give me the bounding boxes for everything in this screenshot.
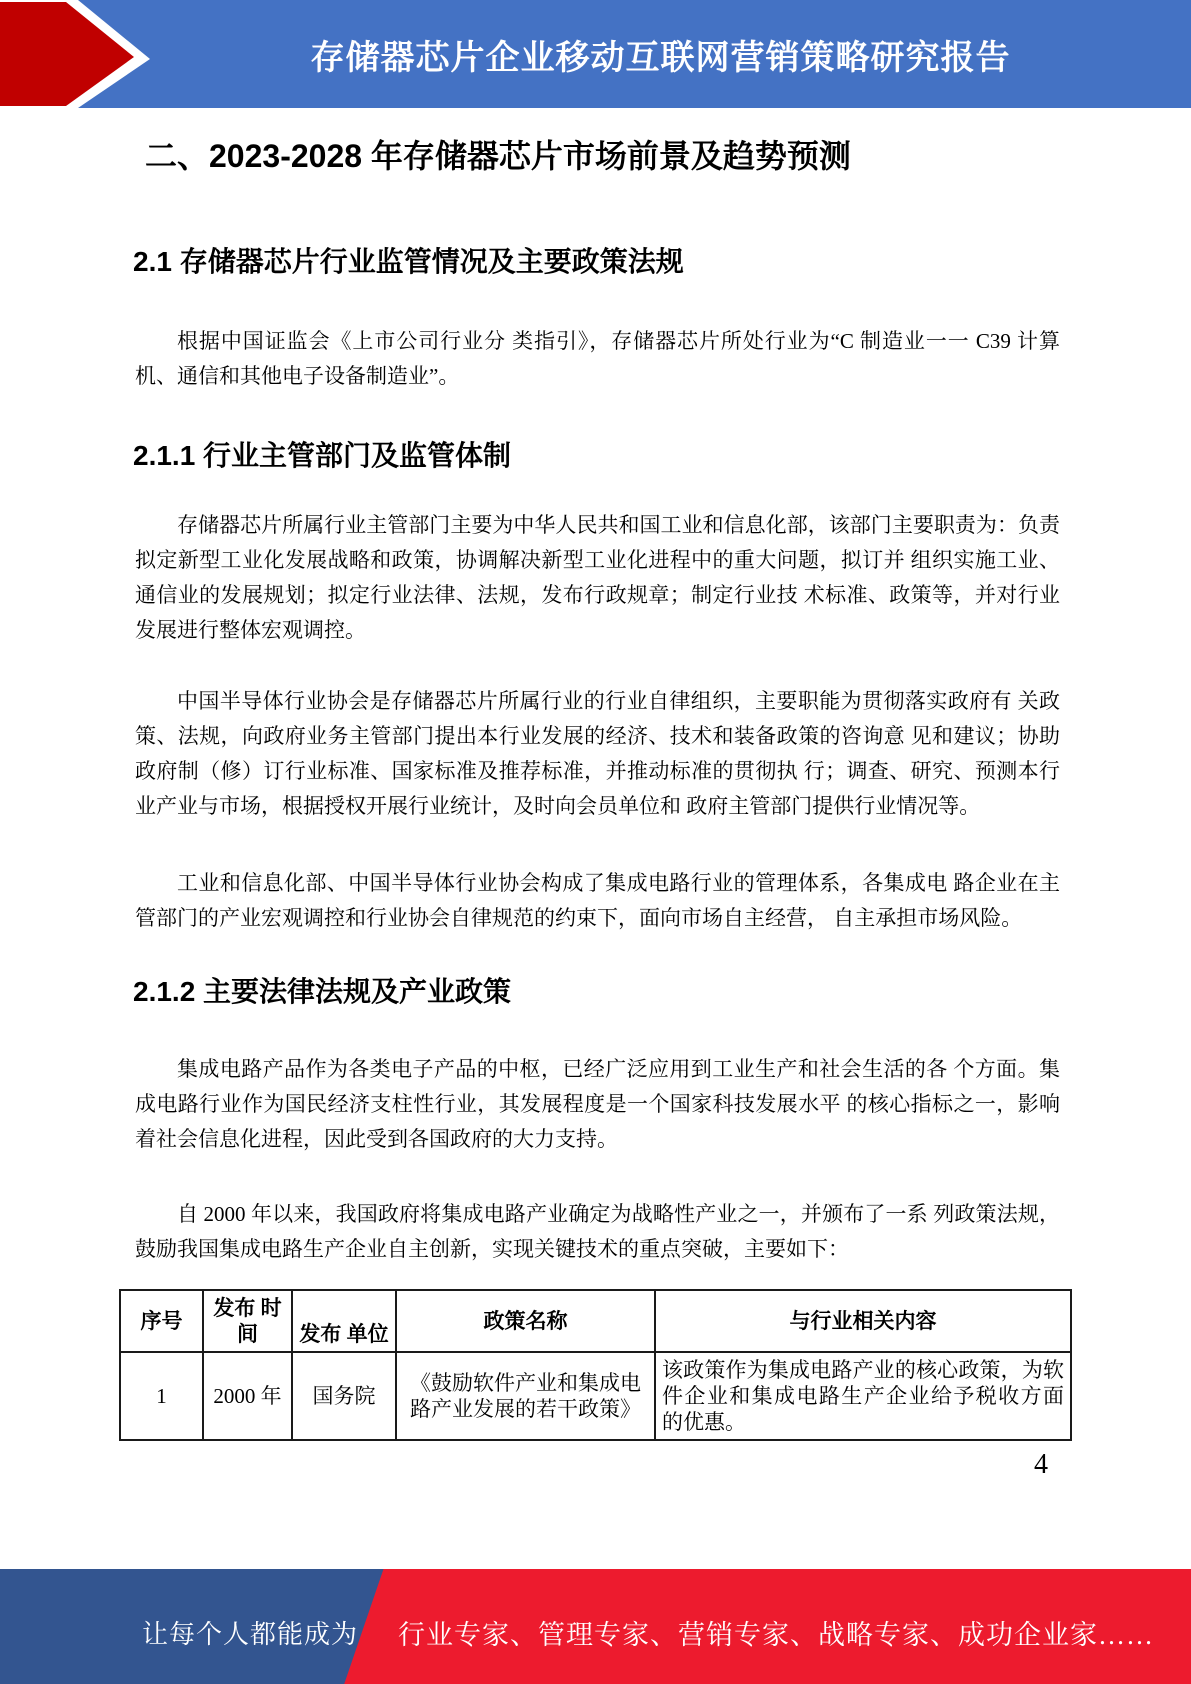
header-banner: 存储器芯片企业移动互联网营销策略研究报告	[0, 0, 1191, 108]
report-title: 存储器芯片企业移动互联网营销策略研究报告	[170, 0, 1151, 108]
paragraph-management-system: 工业和信息化部、中国半导体行业协会构成了集成电路行业的管理体系，各集成电 路企业…	[135, 866, 1060, 936]
cell-index: 1	[120, 1352, 203, 1440]
report-page: 存储器芯片企业移动互联网营销策略研究报告 二、2023-2028 年存储器芯片市…	[0, 0, 1191, 1684]
chapter-heading: 二、2023-2028 年存储器芯片市场前景及趋势预测	[145, 138, 1060, 174]
paragraph-policy-intro: 自 2000 年以来，我国政府将集成电路产业确定为战略性产业之一，并颁布了一系 …	[135, 1197, 1060, 1267]
red-chevron-right-icon	[0, 0, 170, 108]
col-header-related-content: 与行业相关内容	[655, 1290, 1071, 1352]
footer-banner: 让每个人都能成为 行业专家、管理专家、营销专家、战略专家、成功企业家……	[0, 1569, 1191, 1684]
policy-table: 序号 发布 时间 发布 单位 政策名称 与行业相关内容 1 2000 年 国务院…	[119, 1289, 1072, 1441]
cell-publish-date: 2000 年	[203, 1352, 292, 1440]
paragraph-regulator: 存储器芯片所属行业主管部门主要为中华人民共和国工业和信息化部，该部门主要职责为：…	[135, 508, 1060, 648]
col-header-index: 序号	[120, 1290, 203, 1352]
table-header-row: 序号 发布 时间 发布 单位 政策名称 与行业相关内容	[120, 1290, 1071, 1352]
cell-publisher: 国务院	[292, 1352, 396, 1440]
document-body: 二、2023-2028 年存储器芯片市场前景及趋势预测 2.1 存储器芯片行业监…	[135, 108, 1060, 1481]
col-header-publisher: 发布 单位	[292, 1290, 396, 1352]
footer-slogan-left: 让每个人都能成为	[142, 1569, 358, 1684]
col-header-policy-name: 政策名称	[396, 1290, 655, 1352]
table-row: 1 2000 年 国务院 《鼓励软件产业和集成电 路产业发展的若干政策》 该政策…	[120, 1352, 1071, 1440]
section-heading-2-1-1: 2.1.1 行业主管部门及监管体制	[133, 440, 1060, 472]
section-heading-2-1: 2.1 存储器芯片行业监管情况及主要政策法规	[133, 246, 1060, 278]
cell-related-content: 该政策作为集成电路产业的核心政策，为软 件企业和集成电路生产企业给予税收方面 的…	[655, 1352, 1071, 1440]
paragraph-association: 中国半导体行业协会是存储器芯片所属行业的行业自律组织，主要职能为贯彻落实政府有 …	[135, 684, 1060, 824]
col-header-publish-date: 发布 时间	[203, 1290, 292, 1352]
footer-slogan-right: 行业专家、管理专家、营销专家、战略专家、成功企业家……	[398, 1569, 1154, 1684]
paragraph-ic-importance: 集成电路产品作为各类电子产品的中枢，已经广泛应用到工业生产和社会生活的各 个方面…	[135, 1052, 1060, 1157]
paragraph-industry-classification: 根据中国证监会《上市公司行业分 类指引》，存储器芯片所处行业为“C 制造业一一 …	[135, 324, 1060, 394]
page-number: 4	[135, 1449, 1060, 1481]
section-heading-2-1-2: 2.1.2 主要法律法规及产业政策	[133, 976, 1060, 1008]
cell-policy-name: 《鼓励软件产业和集成电 路产业发展的若干政策》	[396, 1352, 655, 1440]
